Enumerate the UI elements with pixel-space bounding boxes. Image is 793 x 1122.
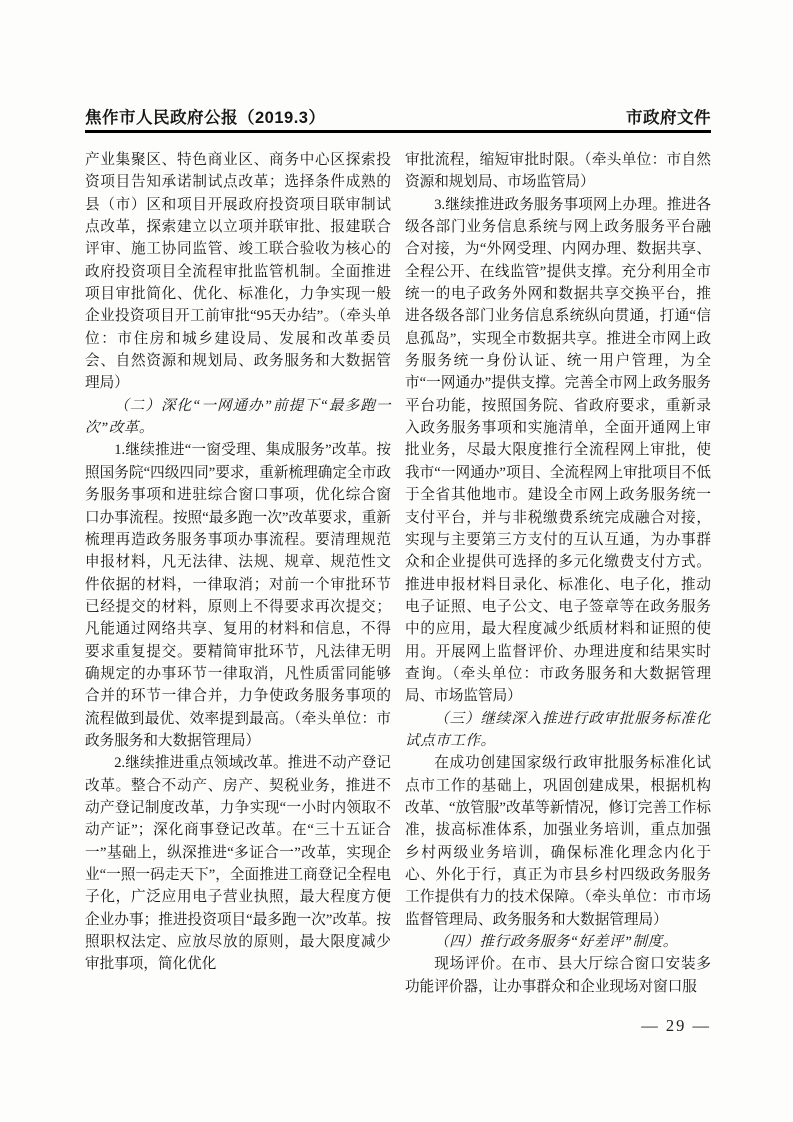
paragraph-continuation: 产业集聚区、特色商业区、商务中心区探索投资项目告知承诺制试点改革；选择条件成熟的…: [85, 149, 391, 395]
section-label: 市政府文件: [626, 104, 711, 128]
section-heading-3: （三）继续深入推进行政审批服务标准化试点市工作。: [405, 708, 711, 753]
paragraph-item-2: 2.继续推进重点领域改革。推进不动产登记改革。整合不动产、房产、契税业务，推进不…: [85, 752, 391, 975]
document-page: 焦作市人民政府公报（2019.3） 市政府文件 产业集聚区、特色商业区、商务中心…: [0, 0, 793, 1122]
paragraph-section-3-body: 在成功创建国家级行政审批服务标准化试点市工作的基础上，巩固创建成果，根据机构改革…: [405, 752, 711, 931]
section-heading-4: （四）推行政务服务“好差评”制度。: [405, 931, 711, 953]
paragraph-item-3: 3.继续推进政务服务事项网上办理。推进各级各部门业务信息系统与网上政务服务平台融…: [405, 194, 711, 708]
paragraph-section-4-body: 现场评价。在市、县大厅综合窗口安装多功能评价器，让办事群众和企业现场对窗口服: [405, 953, 711, 998]
body-columns: 产业集聚区、特色商业区、商务中心区探索投资项目告知承诺制试点改革；选择条件成熟的…: [85, 149, 711, 998]
paragraph-item-2-continuation: 审批流程，缩短审批时限。（牵头单位：市自然资源和规划局、市场监管局）: [405, 149, 711, 194]
section-heading-2: （二）深化“一网通办”前提下“最多跑一次”改革。: [85, 395, 391, 440]
right-column: 审批流程，缩短审批时限。（牵头单位：市自然资源和规划局、市场监管局） 3.继续推…: [405, 149, 711, 998]
gazette-title: 焦作市人民政府公报（2019.3）: [85, 104, 325, 128]
page-number: — 29 —: [85, 1016, 711, 1036]
left-column: 产业集聚区、特色商业区、商务中心区探索投资项目告知承诺制试点改革；选择条件成熟的…: [85, 149, 391, 998]
header-rule: [85, 130, 711, 133]
running-header: 焦作市人民政府公报（2019.3） 市政府文件: [85, 104, 711, 128]
page-number-text: — 29 —: [641, 1016, 711, 1035]
paragraph-item-1: 1.继续推进“一窗受理、集成服务”改革。按照国务院“四级四同”要求，重新梳理确定…: [85, 439, 391, 752]
